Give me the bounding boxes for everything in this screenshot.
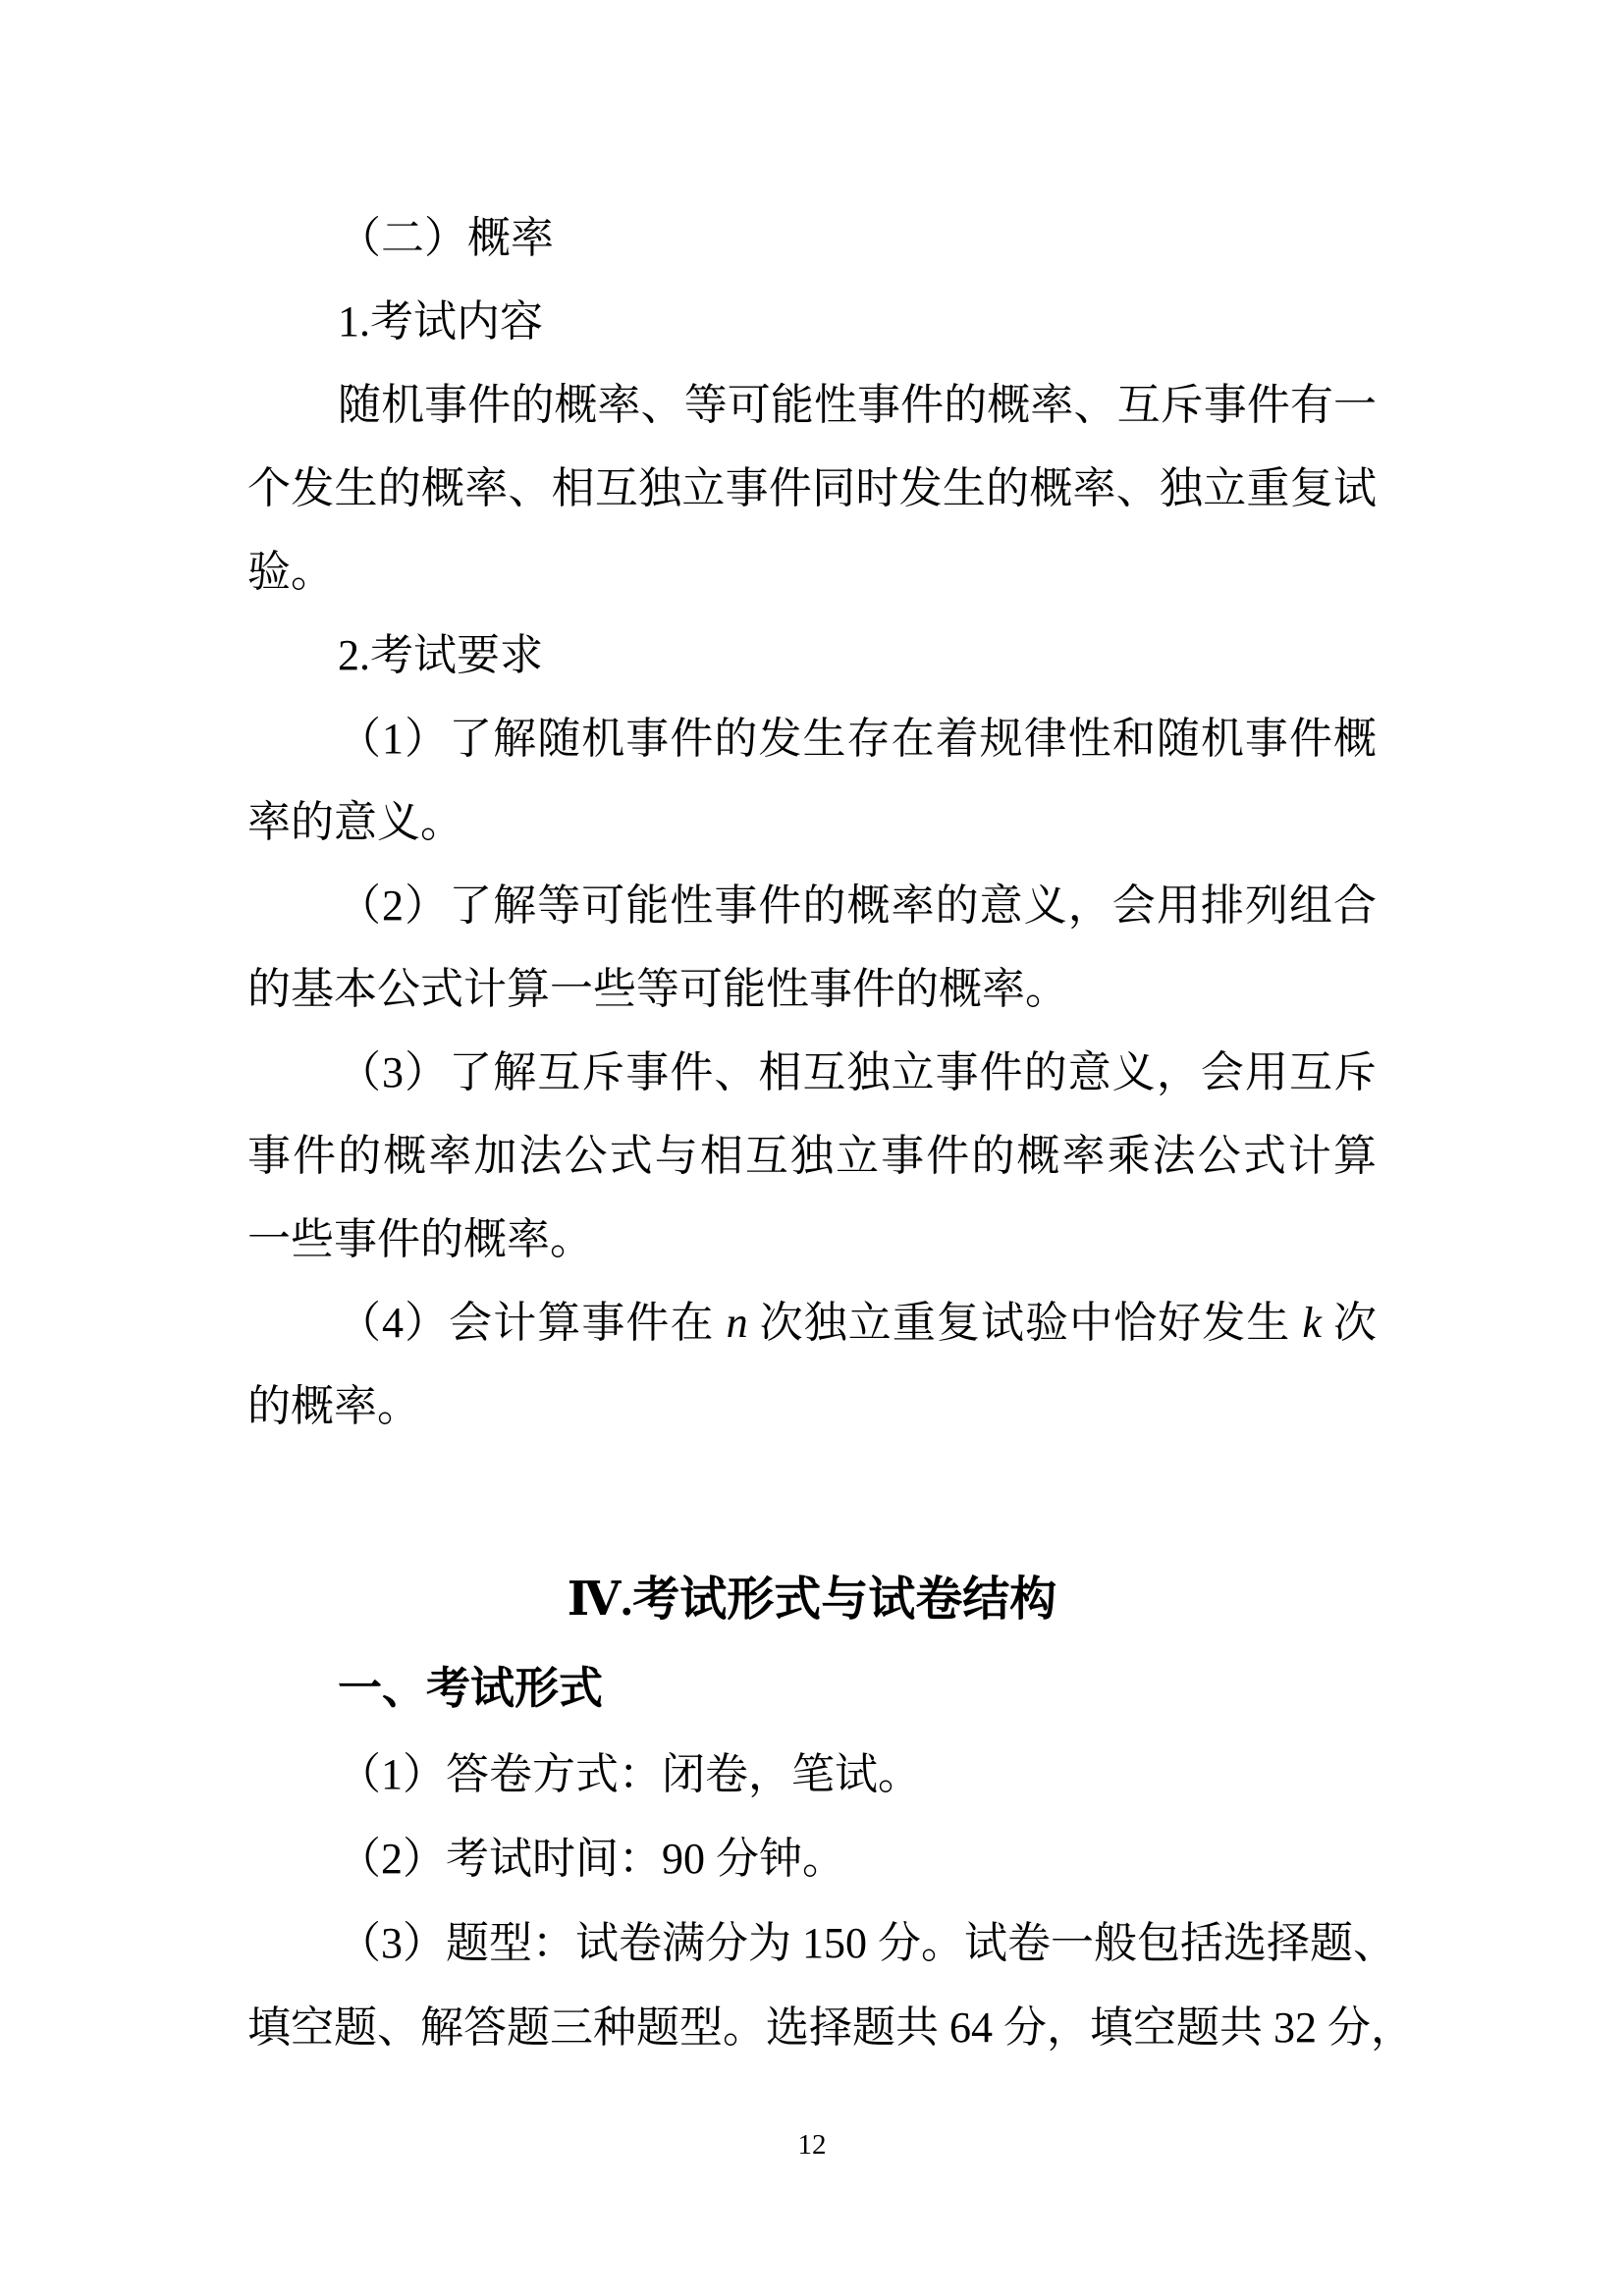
paragraph-line: 一些事件的概率。 — [247, 1198, 1377, 1281]
text-segment: （4）会计算事件在 — [338, 1299, 727, 1347]
exam-content-heading: 1.考试内容 — [247, 280, 1377, 363]
paragraph-line: （1）了解随机事件的发生存在着规律性和随机事件概 — [247, 697, 1377, 780]
paragraph-line: （1）答卷方式：闭卷，笔试。 — [247, 1733, 1377, 1817]
subsection-heading-probability: （二）概率 — [247, 196, 1377, 280]
text-segment: 次 — [1322, 1299, 1377, 1347]
paragraph-line: （3）了解互斥事件、相互独立事件的意义，会用互斥 — [247, 1031, 1377, 1114]
paragraph-line: 填空题、解答题三种题型。选择题共 64 分，填空题共 32 分， — [247, 1986, 1377, 2070]
math-variable-n: n — [727, 1299, 748, 1347]
paragraph-line: （3）题型：试卷满分为 150 分。试卷一般包括选择题、 — [247, 1901, 1377, 1986]
document-page: （二）概率 1.考试内容 随机事件的概率、等可能性事件的概率、互斥事件有一 个发… — [0, 0, 1624, 2296]
section-title: 考试形式与试卷结构 — [632, 1574, 1056, 1626]
math-variable-k: k — [1302, 1299, 1322, 1347]
paragraph-line: 率的意义。 — [247, 780, 1377, 864]
paragraph-line: （4）会计算事件在 n 次独立重复试验中恰好发生 k 次 — [247, 1281, 1377, 1364]
paragraph-line: 验。 — [247, 530, 1377, 614]
page-number: 12 — [0, 2120, 1624, 2169]
paragraph-line: 随机事件的概率、等可能性事件的概率、互斥事件有一 — [247, 363, 1377, 447]
section-numeral: Ⅳ. — [568, 1574, 632, 1626]
exam-requirements-heading: 2.考试要求 — [247, 614, 1377, 697]
paragraph-line: （2）考试时间：90 分钟。 — [247, 1817, 1377, 1901]
paragraph-line: 事件的概率加法公式与相互独立事件的概率乘法公式计算 — [247, 1114, 1377, 1198]
paragraph-line: 的基本公式计算一些等可能性事件的概率。 — [247, 947, 1377, 1031]
subsection-heading-exam-form: 一、考试形式 — [247, 1644, 1377, 1733]
text-segment: 次独立重复试验中恰好发生 — [748, 1299, 1303, 1347]
paragraph-line: 个发生的概率、相互独立事件同时发生的概率、独立重复试 — [247, 447, 1377, 530]
document-body: （二）概率 1.考试内容 随机事件的概率、等可能性事件的概率、互斥事件有一 个发… — [247, 196, 1377, 2070]
section-heading-exam-format: Ⅳ.考试形式与试卷结构 — [247, 1556, 1377, 1644]
paragraph-line: （2）了解等可能性事件的概率的意义，会用排列组合 — [247, 864, 1377, 947]
paragraph-line: 的概率。 — [247, 1364, 1377, 1448]
